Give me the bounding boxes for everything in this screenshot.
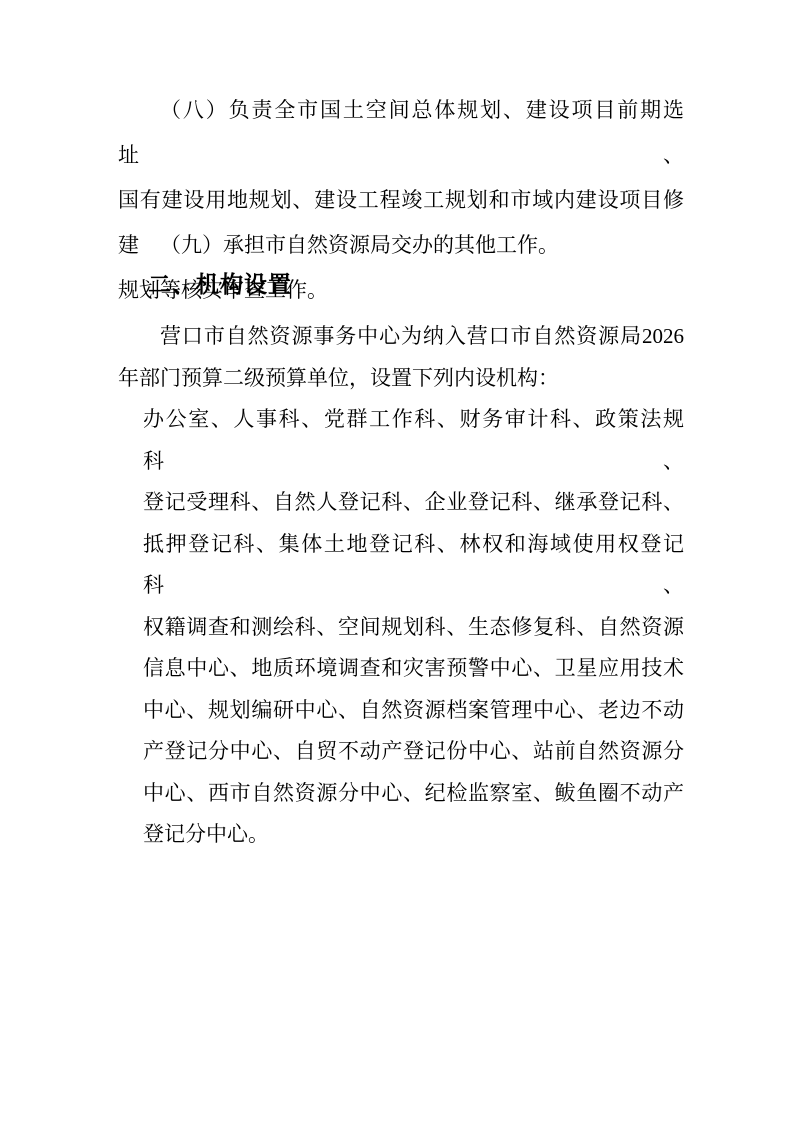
text-line: 产登记分中心、自贸不动产登记份中心、站前自然资源分 — [143, 731, 684, 773]
text-line: 信息中心、地质环境调查和灾害预警中心、卫星应用技术 — [143, 648, 684, 690]
section-heading: 二、机构设置 — [148, 270, 292, 300]
text-line: 办公室、人事科、党群工作科、财务审计科、政策法规科、 — [143, 399, 684, 482]
text-line: 抵押登记科、集体土地登记科、林权和海域使用权登记科、 — [143, 524, 684, 607]
text-line: 年部门预算二级预算单位，设置下列内设机构： — [118, 358, 684, 400]
text-line: 登记受理科、自然人登记科、企业登记科、继承登记科、 — [143, 482, 684, 524]
paragraph-item-9: （九）承担市自然资源局交办的其他工作。 — [118, 223, 684, 268]
paragraph-org-list: 办公室、人事科、党群工作科、财务审计科、政策法规科、 登记受理科、自然人登记科、… — [143, 399, 684, 856]
text-line: （九）承担市自然资源局交办的其他工作。 — [118, 223, 684, 268]
paragraph-intro: 营口市自然资源事务中心为纳入营口市自然资源局2026 年部门预算二级预算单位，设… — [118, 316, 684, 399]
text-line: 中心、西市自然资源分中心、纪检监察室、鲅鱼圈不动产 — [143, 773, 684, 815]
text-line: 权籍调查和测绘科、空间规划科、生态修复科、自然资源 — [143, 607, 684, 649]
text-line: 登记分中心。 — [143, 814, 684, 856]
text-line: 营口市自然资源事务中心为纳入营口市自然资源局2026 — [118, 316, 684, 358]
text-line: （八）负责全市国土空间总体规划、建设项目前期选址、 — [118, 88, 684, 178]
document-page: （八）负责全市国土空间总体规划、建设项目前期选址、 国有建设用地规划、建设工程竣… — [0, 0, 793, 1122]
text-line: 中心、规划编研中心、自然资源档案管理中心、老边不动 — [143, 690, 684, 732]
